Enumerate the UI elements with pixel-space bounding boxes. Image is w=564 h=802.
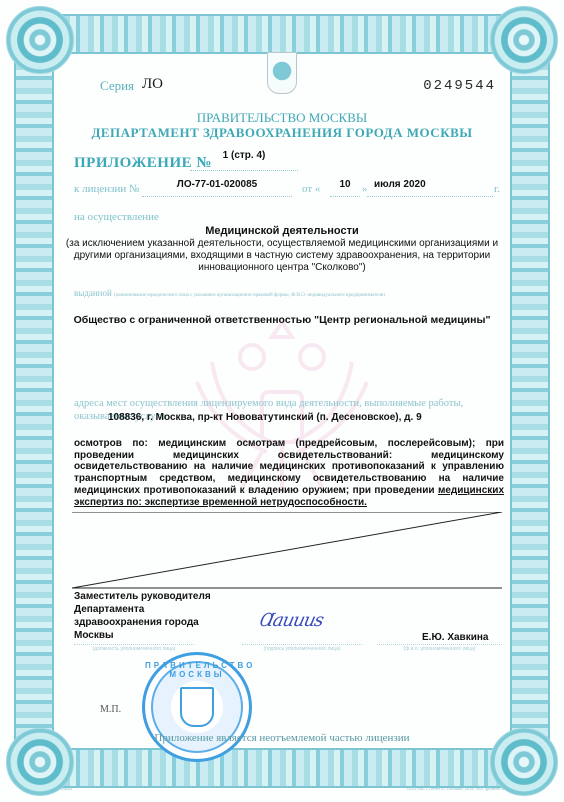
services-list: осмотров по: медицинским осмотрам (предр… [74,438,504,508]
address-value: 108836, г. Москва, пр-кт Нововатутинский… [108,412,422,423]
issued-label-row: выданной (наименование юридического лица… [74,288,385,298]
form-number: 0249544 [423,78,496,94]
coat-of-arms-icon [267,52,297,94]
signer-name: Е.Ю. Хавкина [422,632,488,643]
border-bottom [40,748,524,788]
license-month-year: июля 2020 [374,179,426,190]
date-from-label: от « [302,183,320,195]
border-left [14,40,54,762]
seal-text: ПРАВИТЕЛЬСТВО МОСКВЫ [145,661,249,679]
footer-note: Приложение является неотъемлемой частью … [62,732,502,744]
license-number: ЛО-77-01-020085 [142,179,292,190]
date-quote-close: » [362,183,368,195]
position-caption: (должность уполномоченного лица) [74,646,194,652]
day-underline [330,196,360,197]
handwritten-signature: Ɑаиииѕ [258,610,325,631]
border-top [40,14,524,54]
issued-label: выданной [74,288,112,298]
position-line: Департамента [74,603,211,616]
year-suffix: г. [494,183,500,195]
position-line: Москвы [74,629,211,642]
name-caption-line [377,644,502,645]
saint-george-emblem-icon [180,687,214,727]
seal-place-label: М.П. [100,704,121,715]
government-heading: ПРАВИТЕЛЬСТВО МОСКВЫ [62,110,502,126]
z-strike-line [72,512,502,592]
department-heading: ДЕПАРТАМЕНТ ЗДРАВООХРАНЕНИЯ ГОРОДА МОСКВ… [62,125,502,141]
signatory-position: Заместитель руководителя Департамента зд… [74,590,211,642]
license-day: 10 [330,179,360,190]
print-order-label: ЗАКАЗ [60,786,72,791]
license-underline [142,196,292,197]
license-appendix-page: Серия ЛО 0249544 ПРАВИТЕЛЬСТВО МОСКВЫ ДЕ… [0,0,564,802]
name-caption: (ф.и.о. уполномоченного лица) [377,646,502,652]
document-body: Серия ЛО 0249544 ПРАВИТЕЛЬСТВО МОСКВЫ ДЕ… [62,52,502,752]
position-line: Заместитель руководителя [74,590,211,603]
license-label: к лицензии № [74,183,140,195]
official-seal-icon: ПРАВИТЕЛЬСТВО МОСКВЫ [142,652,252,762]
month-underline [367,196,493,197]
organization-name: Общество с ограниченной ответственностью… [62,314,502,326]
position-line: здравоохранения города [74,616,211,629]
series-label: Серия [100,78,134,94]
issued-hint: (наименование юридического лица с указан… [114,293,385,298]
border-right [510,40,550,762]
position-caption-line [74,644,194,645]
appendix-underline [190,170,298,171]
activity-label: на осуществление [74,211,159,223]
printer-imprint: ООО «АСТ-ПРИНТ», г.Москва, 2015, «Б», ур… [407,786,504,791]
sign-caption: (подпись уполномоченного лица) [242,646,362,652]
appendix-number: 1 (стр. 4) [190,150,298,161]
sign-caption-line [242,644,362,645]
series-value: ЛО [142,76,163,93]
activity-title: Медицинской деятельности [62,225,502,237]
activity-description: (за исключением указанной деятельности, … [62,238,502,274]
